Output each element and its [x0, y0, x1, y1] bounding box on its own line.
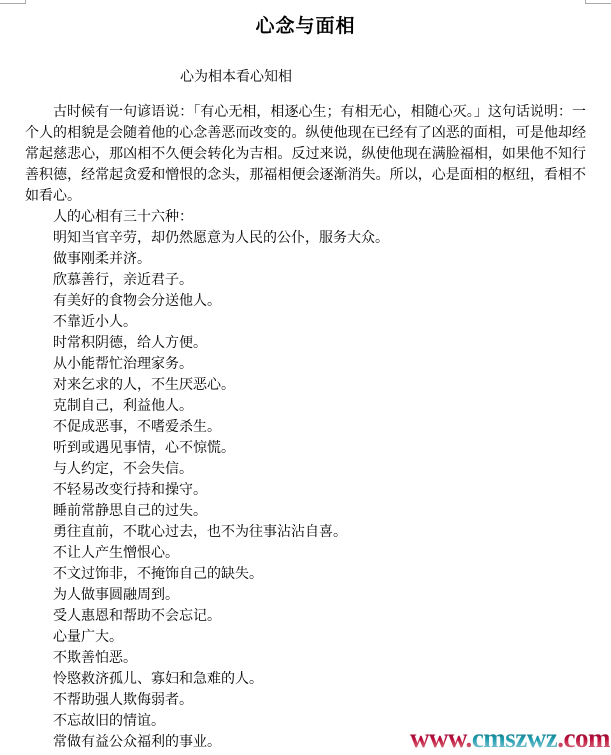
list-item: 勇往直前，不耽心过去，也不为往事沾沾自喜。 [25, 522, 586, 543]
list-item: 不欺善怕恶。 [25, 648, 586, 669]
list-item: 不轻易改变行持和操守。 [25, 480, 586, 501]
list-item: 从小能帮忙治理家务。 [25, 354, 586, 375]
list-item: 怜愍救济孤儿、寡妇和急难的人。 [25, 669, 586, 690]
intro-paragraph: 古时候有一句谚语说：「有心无相，相逐心生；有相无心，相随心灭。」这句话说明：一个… [25, 102, 586, 207]
list-item: 为人做事圆融周到。 [25, 585, 586, 606]
list-item: 听到或遇见事情，心不惊慌。 [25, 438, 586, 459]
doc-subtitle: 心为相本看心知相 [180, 66, 292, 86]
document-body: 古时候有一句谚语说：「有心无相，相逐心生；有相无心，相随心灭。」这句话说明：一个… [25, 102, 586, 753]
list-item: 不帮助强人欺侮弱者。 [25, 690, 586, 711]
watermark-www: www. [410, 723, 472, 753]
heart-aspect-list: 明知当官辛劳，却仍然愿意为人民的公仆，服务大众。做事刚柔并济。欣慕善行，亲近君子… [25, 228, 586, 753]
list-item: 欣慕善行，亲近君子。 [25, 270, 586, 291]
list-item: 时常积阴德，给人方便。 [25, 333, 586, 354]
page-title: 心念与面相 [0, 11, 611, 38]
list-item: 明知当官辛劳，却仍然愿意为人民的公仆，服务大众。 [25, 228, 586, 249]
watermark-domain: cmszwz [472, 723, 557, 753]
margin-crop-mark-top-right [585, 0, 611, 4]
list-item: 不让人产生憎恨心。 [25, 543, 586, 564]
watermark: www.cmszwz.com [410, 724, 610, 753]
list-item: 有美好的食物会分送他人。 [25, 291, 586, 312]
list-item: 心量广大。 [25, 627, 586, 648]
list-item: 受人惠恩和帮助不会忘记。 [25, 606, 586, 627]
list-item: 睡前常静思自己的过失。 [25, 501, 586, 522]
list-item: 不靠近小人。 [25, 312, 586, 333]
list-item: 不文过饰非，不掩饰自己的缺失。 [25, 564, 586, 585]
list-item: 做事刚柔并济。 [25, 249, 586, 270]
list-item: 克制自己，利益他人。 [25, 396, 586, 417]
margin-crop-mark-top-left [0, 0, 26, 4]
list-item: 对来乞求的人，不生厌恶心。 [25, 375, 586, 396]
list-item: 不促成恶事，不嗜爱杀生。 [25, 417, 586, 438]
watermark-tld: .com [557, 723, 610, 753]
document-page: 心念与面相 心为相本看心知相 古时候有一句谚语说：「有心无相，相逐心生；有相无心… [0, 0, 611, 755]
list-intro: 人的心相有三十六种： [25, 207, 586, 228]
list-item: 与人约定，不会失信。 [25, 459, 586, 480]
